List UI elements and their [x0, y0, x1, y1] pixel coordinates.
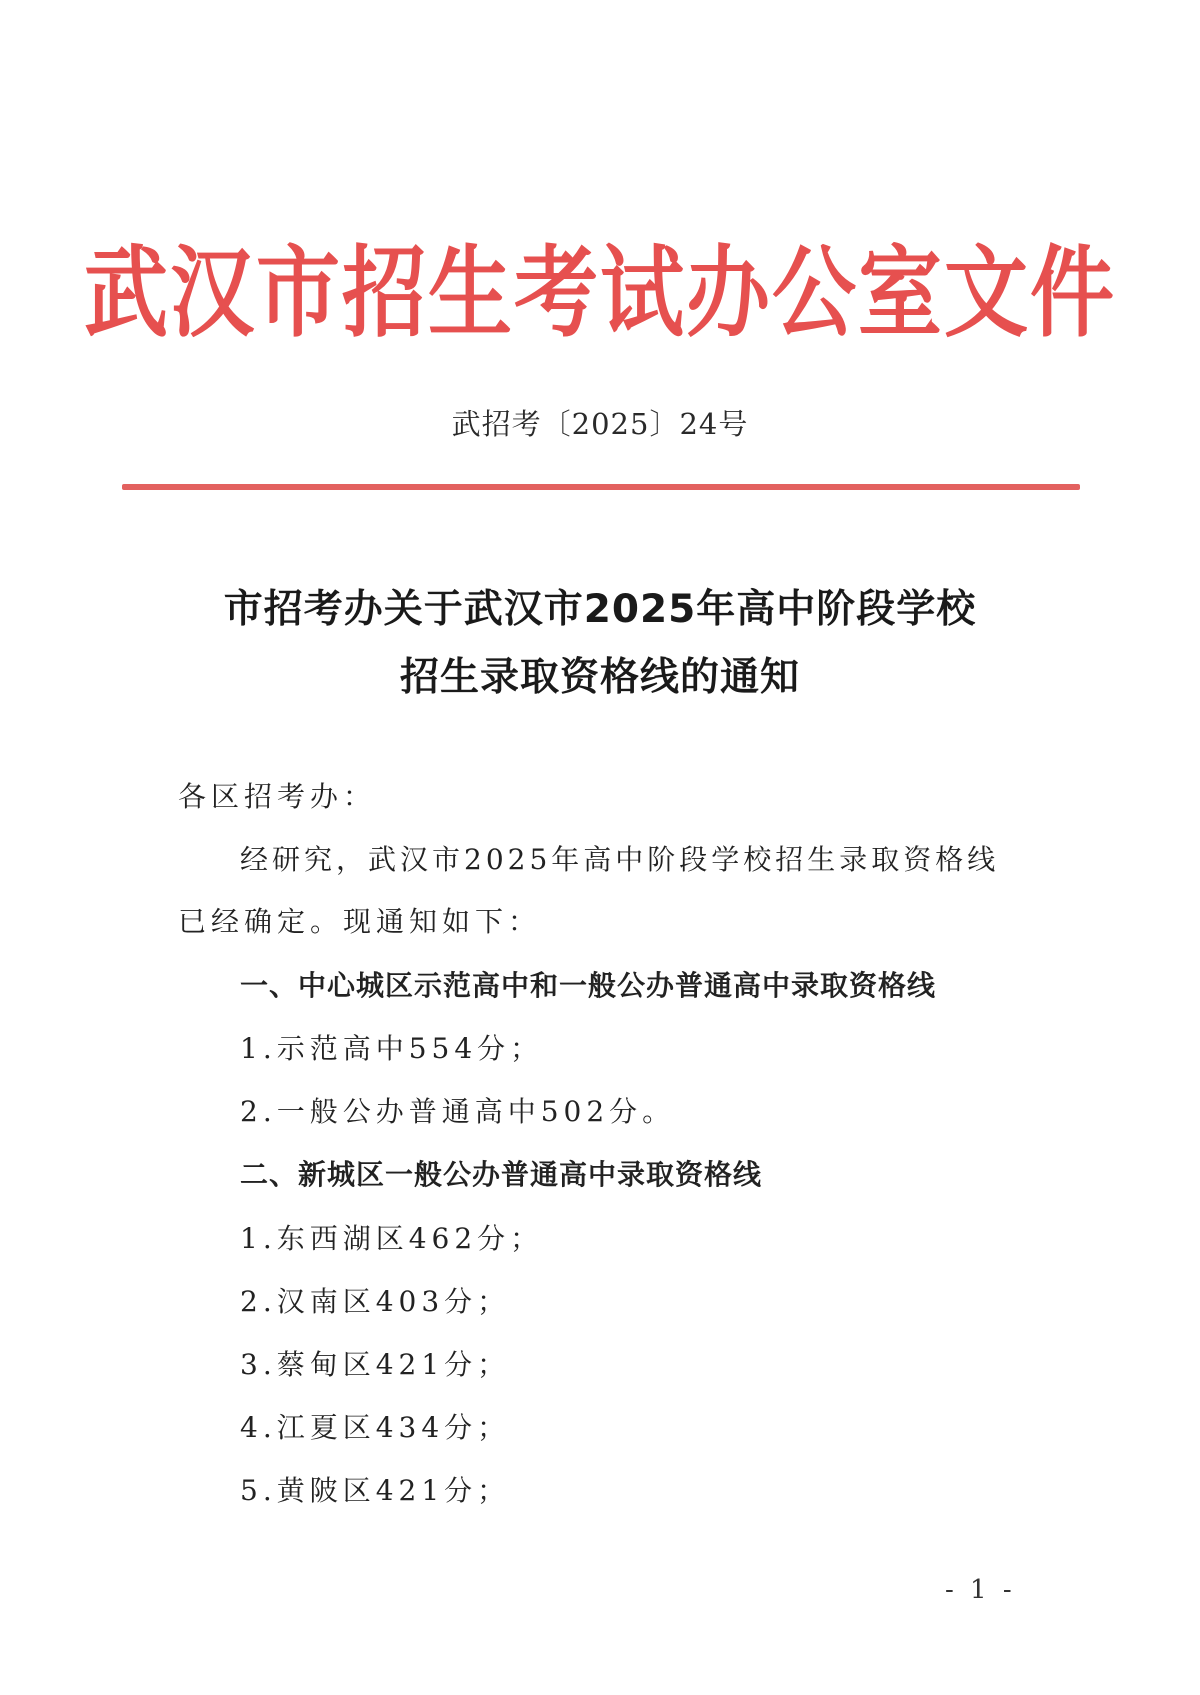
intro-line-2: 已经确定。现通知如下： [178, 900, 541, 940]
document-number: 武招考〔2025〕24号 [0, 402, 1200, 443]
intro-line-1: 经研究，武汉市2025年高中阶段学校招生录取资格线 [240, 838, 999, 878]
salutation: 各区招考办： [178, 775, 376, 815]
list-item: 1.示范高中554分； [240, 1027, 543, 1067]
section-heading-1: 一、中心城区示范高中和一般公办普通高中录取资格线 [240, 964, 936, 1004]
list-item: 2.一般公办普通高中502分。 [240, 1090, 675, 1130]
list-item: 3.蔡甸区421分； [240, 1343, 510, 1383]
masthead-title: 武汉市招生考试办公室文件 [0, 228, 1200, 358]
list-item: 2.汉南区403分； [240, 1280, 510, 1320]
list-item: 5.黄陂区421分； [240, 1469, 510, 1509]
list-item: 1.东西湖区462分； [240, 1217, 543, 1257]
section-heading-2: 二、新城区一般公办普通高中录取资格线 [240, 1153, 762, 1193]
red-divider-line [122, 484, 1080, 490]
notice-title-line-1: 市招考办关于武汉市2025年高中阶段学校 [0, 576, 1200, 644]
notice-title: 市招考办关于武汉市2025年高中阶段学校 招生录取资格线的通知 [0, 576, 1200, 712]
notice-title-line-2: 招生录取资格线的通知 [0, 644, 1200, 712]
list-item: 4.江夏区434分； [240, 1406, 510, 1446]
page-number: - 1 - [945, 1575, 1016, 1605]
